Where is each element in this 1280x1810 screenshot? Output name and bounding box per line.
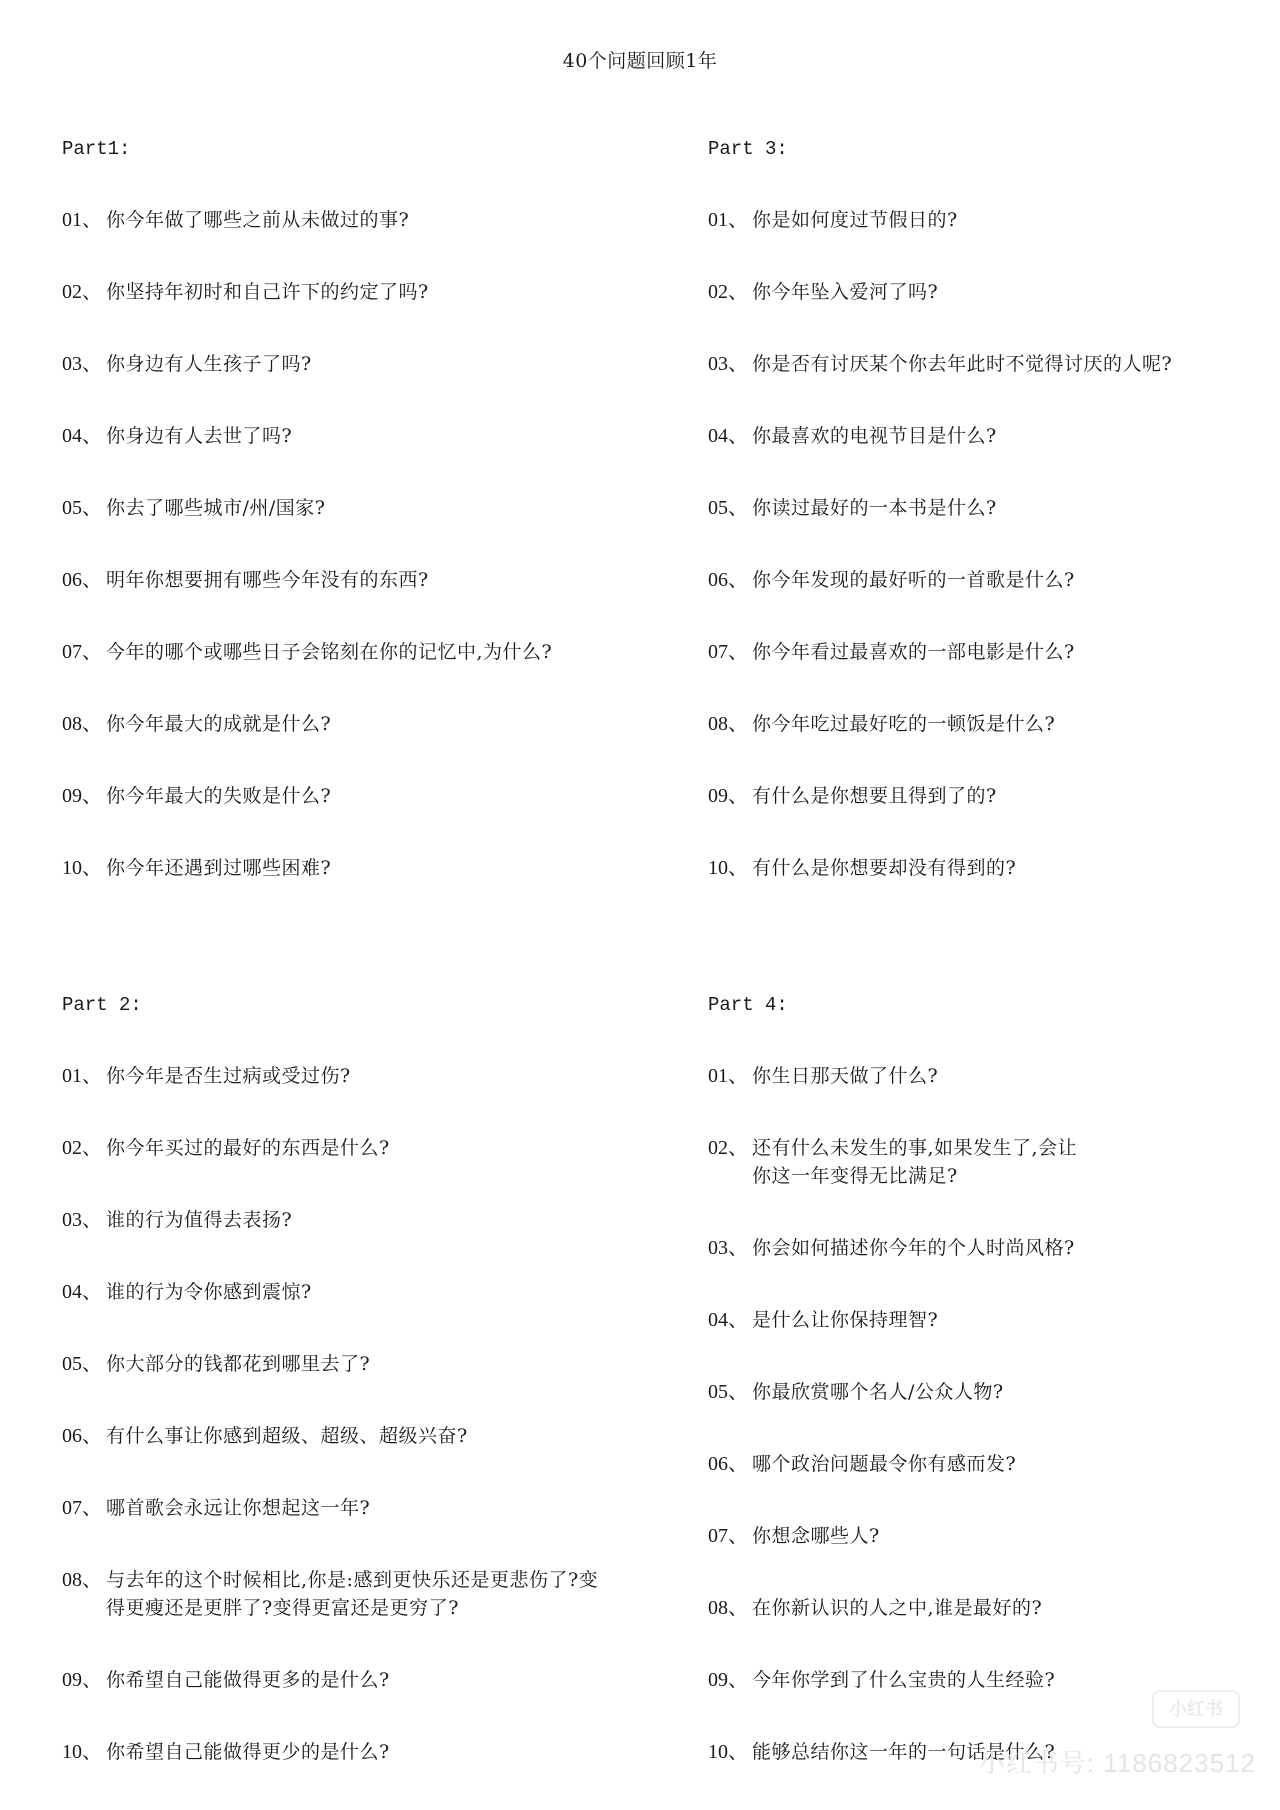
question-number: 07、 <box>62 638 106 666</box>
question-item: 06、有什么事让你感到超级、超级、超级兴奋? <box>62 1422 622 1450</box>
question-item: 08、你今年吃过最好吃的一顿饭是什么? <box>708 710 1268 738</box>
question-item: 01、你是如何度过节假日的? <box>708 206 1268 234</box>
question-text: 你是否有讨厌某个你去年此时不觉得讨厌的人呢? <box>752 350 1268 378</box>
question-item: 08、你今年最大的成就是什么? <box>62 710 642 738</box>
question-item: 04、你身边有人去世了吗? <box>62 422 642 450</box>
question-item: 03、你会如何描述你今年的个人时尚风格? <box>708 1234 1268 1262</box>
question-item: 10、你希望自己能做得更少的是什么? <box>62 1738 622 1766</box>
question-item: 01、你今年做了哪些之前从未做过的事? <box>62 206 642 234</box>
question-number: 03、 <box>708 1234 752 1262</box>
question-item: 08、在你新认识的人之中,谁是最好的? <box>708 1594 1268 1622</box>
question-number: 05、 <box>62 1350 106 1378</box>
question-text: 你今年最大的失败是什么? <box>106 782 642 810</box>
question-number: 07、 <box>62 1494 106 1522</box>
question-number: 02、 <box>62 278 106 306</box>
question-item: 02、你今年买过的最好的东西是什么? <box>62 1134 622 1162</box>
question-number: 06、 <box>62 566 106 594</box>
document-title: 40个问题回顾1年 <box>0 46 1280 73</box>
question-number: 09、 <box>708 1666 752 1694</box>
question-number: 04、 <box>62 1278 106 1306</box>
question-number: 08、 <box>708 1594 752 1622</box>
question-item: 02、还有什么未发生的事,如果发生了,会让你这一年变得无比满足? <box>708 1134 1078 1190</box>
question-text: 在你新认识的人之中,谁是最好的? <box>752 1594 1268 1622</box>
question-item: 06、明年你想要拥有哪些今年没有的东西? <box>62 566 642 594</box>
question-number: 01、 <box>708 206 752 234</box>
question-item: 04、是什么让你保持理智? <box>708 1306 1268 1334</box>
question-number: 10、 <box>62 1738 106 1766</box>
question-text: 你最喜欢的电视节目是什么? <box>752 422 1268 450</box>
question-number: 08、 <box>62 710 106 738</box>
question-number: 07、 <box>708 1522 752 1550</box>
question-item: 02、你今年坠入爱河了吗? <box>708 278 1268 306</box>
question-text: 你想念哪些人? <box>752 1522 1268 1550</box>
question-text: 你希望自己能做得更多的是什么? <box>106 1666 622 1694</box>
question-item: 10、你今年还遇到过哪些困难? <box>62 854 642 882</box>
question-item: 07、你今年看过最喜欢的一部电影是什么? <box>708 638 1268 666</box>
question-text: 谁的行为值得去表扬? <box>106 1206 622 1234</box>
question-text: 你今年买过的最好的东西是什么? <box>106 1134 622 1162</box>
part-4-header: Part 4: <box>708 992 1268 1018</box>
question-item: 04、你最喜欢的电视节目是什么? <box>708 422 1268 450</box>
question-number: 04、 <box>708 422 752 450</box>
question-number: 09、 <box>708 782 752 810</box>
question-number: 07、 <box>708 638 752 666</box>
question-item: 02、你坚持年初时和自己许下的约定了吗? <box>62 278 642 306</box>
question-number: 10、 <box>62 854 106 882</box>
part-3-section: Part 3: 01、你是如何度过节假日的? 02、你今年坠入爱河了吗? 03、… <box>708 136 1268 926</box>
question-number: 08、 <box>62 1566 106 1622</box>
question-item: 07、你想念哪些人? <box>708 1522 1268 1550</box>
question-text: 你希望自己能做得更少的是什么? <box>106 1738 622 1766</box>
question-number: 05、 <box>708 1378 752 1406</box>
question-text: 还有什么未发生的事,如果发生了,会让你这一年变得无比满足? <box>752 1134 1078 1190</box>
question-number: 06、 <box>708 566 752 594</box>
question-number: 03、 <box>62 350 106 378</box>
question-number: 06、 <box>62 1422 106 1450</box>
question-item: 05、你读过最好的一本书是什么? <box>708 494 1268 522</box>
question-text: 你身边有人去世了吗? <box>106 422 642 450</box>
question-text: 明年你想要拥有哪些今年没有的东西? <box>106 566 642 594</box>
question-number: 05、 <box>708 494 752 522</box>
question-item: 05、你最欣赏哪个名人/公众人物? <box>708 1378 1268 1406</box>
question-text: 哪个政治问题最令你有感而发? <box>752 1450 1268 1478</box>
question-text: 你今年是否生过病或受过伤? <box>106 1062 622 1090</box>
question-number: 03、 <box>62 1206 106 1234</box>
part-1-header: Part1: <box>62 136 642 162</box>
question-number: 04、 <box>708 1306 752 1334</box>
question-text: 你今年吃过最好吃的一顿饭是什么? <box>752 710 1268 738</box>
question-text: 哪首歌会永远让你想起这一年? <box>106 1494 622 1522</box>
question-text: 有什么是你想要且得到了的? <box>752 782 1268 810</box>
question-text: 你大部分的钱都花到哪里去了? <box>106 1350 622 1378</box>
question-number: 03、 <box>708 350 752 378</box>
question-number: 01、 <box>708 1062 752 1090</box>
question-text: 你最欣赏哪个名人/公众人物? <box>752 1378 1268 1406</box>
question-item: 10、有什么是你想要却没有得到的? <box>708 854 1268 882</box>
question-number: 01、 <box>62 1062 106 1090</box>
question-number: 01、 <box>62 206 106 234</box>
question-number: 08、 <box>708 710 752 738</box>
question-text: 你会如何描述你今年的个人时尚风格? <box>752 1234 1268 1262</box>
part-2-section: Part 2: 01、你今年是否生过病或受过伤? 02、你今年买过的最好的东西是… <box>62 992 622 1810</box>
question-text: 你读过最好的一本书是什么? <box>752 494 1268 522</box>
question-item: 03、你身边有人生孩子了吗? <box>62 350 642 378</box>
question-number: 05、 <box>62 494 106 522</box>
question-item: 01、你今年是否生过病或受过伤? <box>62 1062 622 1090</box>
question-item: 05、你大部分的钱都花到哪里去了? <box>62 1350 622 1378</box>
question-text: 有什么是你想要却没有得到的? <box>752 854 1268 882</box>
question-number: 02、 <box>62 1134 106 1162</box>
part-1-section: Part1: 01、你今年做了哪些之前从未做过的事? 02、你坚持年初时和自己许… <box>62 136 642 926</box>
question-item: 05、你去了哪些城市/州/国家? <box>62 494 642 522</box>
question-item: 09、有什么是你想要且得到了的? <box>708 782 1268 810</box>
question-item: 06、哪个政治问题最令你有感而发? <box>708 1450 1268 1478</box>
question-text: 有什么事让你感到超级、超级、超级兴奋? <box>106 1422 622 1450</box>
question-item: 07、今年的哪个或哪些日子会铭刻在你的记忆中,为什么? <box>62 638 642 666</box>
question-number: 10、 <box>708 1738 752 1766</box>
question-item: 09、你今年最大的失败是什么? <box>62 782 642 810</box>
question-number: 10、 <box>708 854 752 882</box>
question-text: 你今年发现的最好听的一首歌是什么? <box>752 566 1268 594</box>
question-text: 你今年坠入爱河了吗? <box>752 278 1268 306</box>
question-text: 你今年做了哪些之前从未做过的事? <box>106 206 642 234</box>
question-text: 你身边有人生孩子了吗? <box>106 350 642 378</box>
watermark-id: 小红书号: 1186823512 <box>979 1743 1256 1780</box>
question-number: 09、 <box>62 1666 106 1694</box>
part-3-header: Part 3: <box>708 136 1268 162</box>
question-number: 02、 <box>708 278 752 306</box>
watermark-logo-icon: 小红书 <box>1152 1690 1240 1728</box>
question-item: 08、与去年的这个时候相比,你是:感到更快乐还是更悲伤了?变得更瘦还是更胖了?变… <box>62 1566 602 1622</box>
question-item: 07、哪首歌会永远让你想起这一年? <box>62 1494 622 1522</box>
question-text: 你去了哪些城市/州/国家? <box>106 494 642 522</box>
part-2-header: Part 2: <box>62 992 622 1018</box>
question-item: 06、你今年发现的最好听的一首歌是什么? <box>708 566 1268 594</box>
question-text: 你生日那天做了什么? <box>752 1062 1268 1090</box>
question-text: 你坚持年初时和自己许下的约定了吗? <box>106 278 642 306</box>
question-text: 今年的哪个或哪些日子会铭刻在你的记忆中,为什么? <box>106 638 642 666</box>
question-item: 03、谁的行为值得去表扬? <box>62 1206 622 1234</box>
question-item: 09、你希望自己能做得更多的是什么? <box>62 1666 622 1694</box>
question-number: 04、 <box>62 422 106 450</box>
question-text: 你是如何度过节假日的? <box>752 206 1268 234</box>
question-item: 03、你是否有讨厌某个你去年此时不觉得讨厌的人呢? <box>708 350 1268 378</box>
question-item: 01、你生日那天做了什么? <box>708 1062 1268 1090</box>
question-number: 02、 <box>708 1134 752 1190</box>
question-text: 你今年还遇到过哪些困难? <box>106 854 642 882</box>
question-text: 谁的行为令你感到震惊? <box>106 1278 622 1306</box>
question-text: 是什么让你保持理智? <box>752 1306 1268 1334</box>
question-number: 09、 <box>62 782 106 810</box>
question-item: 04、谁的行为令你感到震惊? <box>62 1278 622 1306</box>
question-text: 你今年看过最喜欢的一部电影是什么? <box>752 638 1268 666</box>
part-4-section: Part 4: 01、你生日那天做了什么? 02、还有什么未发生的事,如果发生了… <box>708 992 1268 1810</box>
question-text: 你今年最大的成就是什么? <box>106 710 642 738</box>
question-text: 与去年的这个时候相比,你是:感到更快乐还是更悲伤了?变得更瘦还是更胖了?变得更富… <box>106 1566 602 1622</box>
question-number: 06、 <box>708 1450 752 1478</box>
